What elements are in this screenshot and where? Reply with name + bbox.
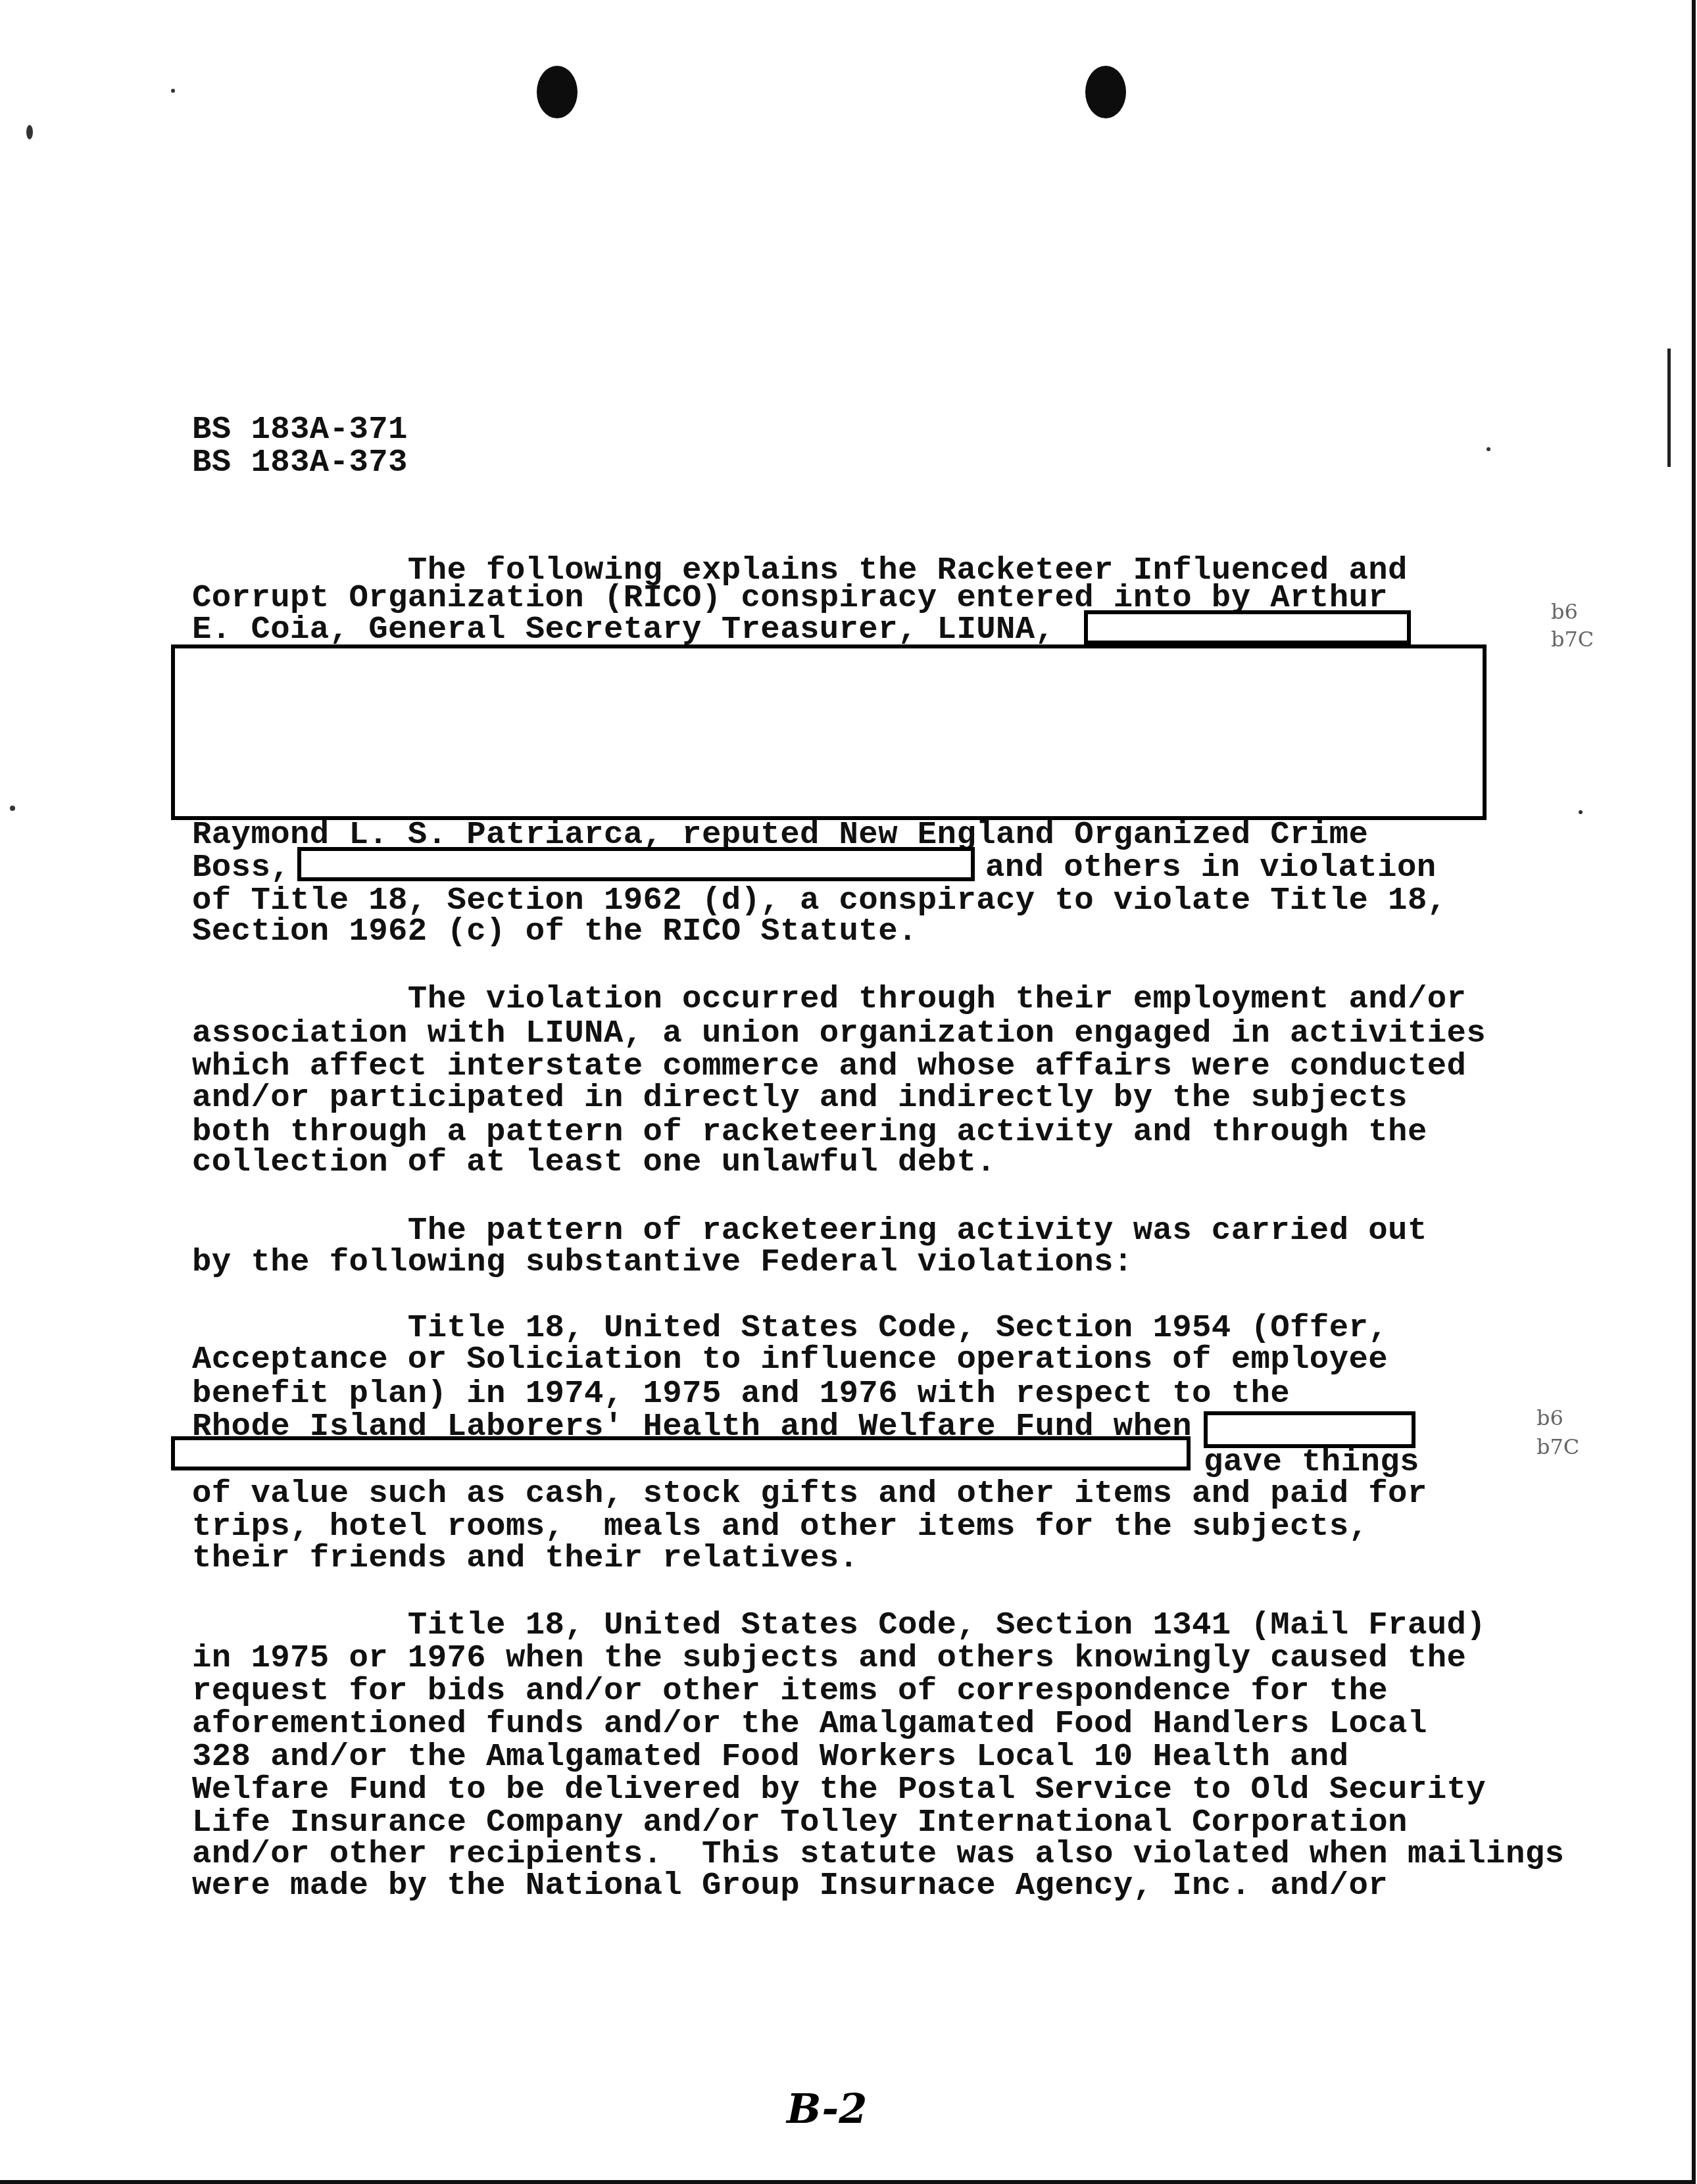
- paragraph-line: aforementioned funds and/or the Amalgama…: [192, 1707, 1427, 1740]
- scan-speck: [26, 125, 33, 139]
- paragraph-line: and/or participated in directly and indi…: [192, 1081, 1408, 1114]
- file-number: BS 183A-371: [192, 413, 408, 446]
- paragraph-line: Welfare Fund to be delivered by the Post…: [192, 1773, 1486, 1806]
- exemption-code: b6: [1551, 598, 1578, 625]
- paragraph-line: Boss,: [192, 851, 290, 884]
- document-page: BS 183A-371 BS 183A-373 The following ex…: [0, 0, 1696, 2184]
- redaction-box: [1084, 610, 1411, 644]
- paragraph-line: by the following substantive Federal vio…: [192, 1246, 1133, 1278]
- paragraph-line: collection of at least one unlawful debt…: [192, 1146, 996, 1178]
- redaction-box: [171, 1436, 1191, 1470]
- paragraph-line: were made by the National Group Insurnac…: [192, 1869, 1388, 1902]
- scan-speck: [1487, 447, 1490, 451]
- paragraph-line: request for bids and/or other items of c…: [192, 1674, 1388, 1707]
- redaction-box-large: [171, 644, 1487, 820]
- paragraph-line: and/or other recipients. This statute wa…: [192, 1837, 1564, 1870]
- redaction-box: [1204, 1411, 1415, 1448]
- scan-speck: [1579, 810, 1583, 814]
- paragraph-line: E. Coia, General Secretary Treasurer, LI…: [192, 613, 1054, 646]
- paragraph-line: Title 18, United States Code, Section 13…: [192, 1609, 1486, 1641]
- exemption-code: b7C: [1537, 1434, 1579, 1460]
- exemption-code: b6: [1537, 1405, 1563, 1431]
- paragraph-line: benefit plan) in 1974, 1975 and 1976 wit…: [192, 1377, 1290, 1410]
- paragraph-line: of value such as cash, stock gifts and o…: [192, 1477, 1427, 1510]
- paragraph-line: and others in violation: [985, 851, 1437, 884]
- page-number: B-2: [787, 2085, 867, 2133]
- paragraph-line: The pattern of racketeering activity was…: [192, 1214, 1427, 1247]
- paragraph-line: Title 18, United States Code, Section 19…: [192, 1311, 1388, 1344]
- paragraph-line: Corrupt Organization (RICO) conspiracy e…: [192, 581, 1388, 614]
- paragraph-line: trips, hotel rooms, meals and other item…: [192, 1510, 1368, 1543]
- paragraph-line: The violation occurred through their emp…: [192, 983, 1466, 1015]
- paragraph-line: association with LIUNA, a union organiza…: [192, 1017, 1486, 1050]
- paragraph-line: of Title 18, Section 1962 (d), a conspir…: [192, 884, 1447, 917]
- punch-hole-left: [537, 66, 578, 118]
- paragraph-line: Acceptance or Soliciation to influence o…: [192, 1343, 1388, 1376]
- paragraph-line: Section 1962 (c) of the RICO Statute.: [192, 915, 918, 948]
- redaction-box: [297, 847, 975, 881]
- paragraph-line: their friends and their relatives.: [192, 1541, 858, 1574]
- paragraph-line: in 1975 or 1976 when the subjects and ot…: [192, 1641, 1466, 1674]
- file-number: BS 183A-373: [192, 446, 408, 479]
- exemption-code: b7C: [1551, 626, 1594, 652]
- paragraph-line: Raymond L. S. Patriarca, reputed New Eng…: [192, 818, 1368, 851]
- punch-hole-right: [1085, 66, 1126, 118]
- scan-speck: [171, 89, 175, 93]
- paragraph-line: which affect interstate commerce and who…: [192, 1050, 1466, 1082]
- paragraph-line: 328 and/or the Amalgamated Food Workers …: [192, 1740, 1348, 1773]
- scan-mark: [1667, 349, 1671, 467]
- paragraph-line: Life Insurance Company and/or Tolley Int…: [192, 1806, 1408, 1839]
- paragraph-line: gave things: [1204, 1445, 1419, 1478]
- scan-speck: [10, 806, 15, 811]
